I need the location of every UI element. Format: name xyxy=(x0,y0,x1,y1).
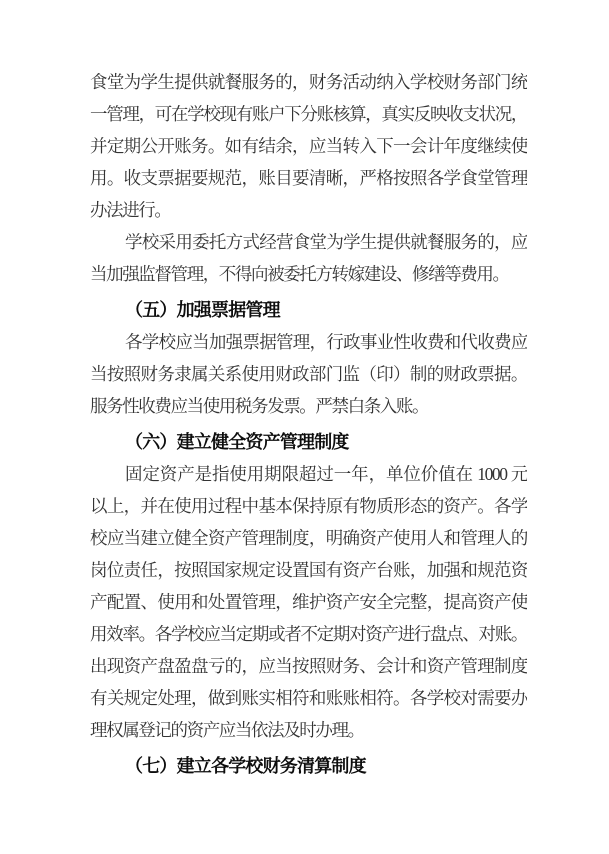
paragraph: 各学校应当加强票据管理，行政事业性收费和代收费应当按照财务隶属关系使用财政部门监… xyxy=(90,326,527,422)
text-line: 学校采用委托方式经营食堂为学生提供就餐服务的，应 xyxy=(90,226,527,258)
text-line: 出现资产盘盈盘亏的，应当按照财务、会计和资产管理制度 xyxy=(90,650,527,682)
text-line: 产配置、使用和处置管理，维护资产安全完整，提高资产使 xyxy=(90,586,527,618)
document-page: 食堂为学生提供就餐服务的，财务活动纳入学校财务部门统一管理，可在学校现有账户下分… xyxy=(0,0,609,854)
text-line: 各学校应当加强票据管理，行政事业性收费和代收费应 xyxy=(90,326,527,358)
text-line: 理权属登记的资产应当依法及时办理。 xyxy=(90,714,527,746)
text-line: 岗位责任，按照国家规定设置国有资产台账，加强和规范资 xyxy=(90,554,527,586)
paragraph: 学校采用委托方式经营食堂为学生提供就餐服务的，应当加强监督管理，不得向被委托方转… xyxy=(90,226,527,290)
text-line: 当加强监督管理，不得向被委托方转嫁建设、修缮等费用。 xyxy=(90,258,527,290)
text-line: 当按照财务隶属关系使用财政部门监（印）制的财政票据。 xyxy=(90,358,527,390)
text-line: 用效率。各学校应当定期或者不定期对资产进行盘点、对账。 xyxy=(90,618,527,650)
section-heading: （五）加强票据管理 xyxy=(90,294,527,326)
text-line: 服务性收费应当使用税务发票。严禁白条入账。 xyxy=(90,390,527,422)
text-line: 以上，并在使用过程中基本保持原有物质形态的资产。各学 xyxy=(90,490,527,522)
text-line: 并定期公开账务。如有结余，应当转入下一会计年度继续使 xyxy=(90,130,527,162)
text-line: 有关规定处理，做到账实相符和账账相符。各学校对需要办 xyxy=(90,682,527,714)
section-heading: （七）建立各学校财务清算制度 xyxy=(90,750,527,782)
text-line: 食堂为学生提供就餐服务的，财务活动纳入学校财务部门统 xyxy=(90,66,527,98)
text-line: 固定资产是指使用期限超过一年，单位价值在 1000 元 xyxy=(90,458,527,490)
text-line: 校应当建立健全资产管理制度，明确资产使用人和管理人的 xyxy=(90,522,527,554)
text-line: 用。收支票据要规范，账目要清晰，严格按照各学食堂管理 xyxy=(90,162,527,194)
text-line: 办法进行。 xyxy=(90,194,527,226)
document-content: 食堂为学生提供就餐服务的，财务活动纳入学校财务部门统一管理，可在学校现有账户下分… xyxy=(90,66,527,782)
text-line: 一管理，可在学校现有账户下分账核算，真实反映收支状况， xyxy=(90,98,527,130)
section-heading: （六）建立健全资产管理制度 xyxy=(90,426,527,458)
paragraph: 食堂为学生提供就餐服务的，财务活动纳入学校财务部门统一管理，可在学校现有账户下分… xyxy=(90,66,527,226)
paragraph: 固定资产是指使用期限超过一年，单位价值在 1000 元以上，并在使用过程中基本保… xyxy=(90,458,527,746)
